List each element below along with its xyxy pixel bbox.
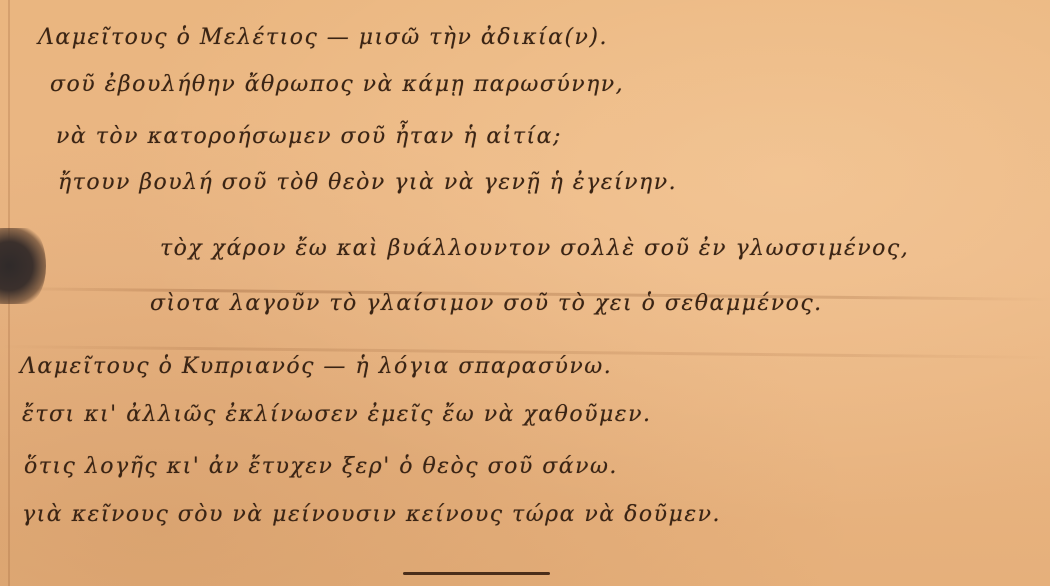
closing-rule-line — [403, 572, 550, 575]
manuscript-line-2: σοῦ ἐβουλήθην ἄθρωπος νὰ κάμῃ παρωσύνην, — [50, 72, 624, 97]
manuscript-line-1: Λαμεῖτους ὁ Μελέτιος — μισῶ τὴν ἀδικία(ν… — [38, 25, 608, 50]
manuscript-line-9: ὅτις λογῆς κι' ἀν ἔτυχεν ξερ' ὁ θεὸς σοῦ… — [24, 454, 618, 479]
manuscript-line-4: ἤτουν βουλή σοῦ τὸθ θεὸν γιὰ νὰ γενῇ ἡ ἐ… — [58, 170, 677, 195]
manuscript-line-5: τὸχ χάρον ἔω καὶ βυάλλουντον σολλὲ σοῦ ἐ… — [160, 236, 909, 261]
manuscript-line-10: γιὰ κεῖνους σὸυ νὰ μείνουσιν κείνους τώρ… — [22, 502, 721, 527]
burn-mark — [0, 228, 46, 304]
manuscript-line-3: νὰ τὸν κατοροήσωμεν σοῦ ἦταν ἡ αἰτία; — [56, 124, 562, 149]
manuscript-line-8: ἔτσι κι' ἀλλιῶς ἐκλίνωσεν ἐμεῖς ἔω νὰ χα… — [22, 402, 651, 427]
manuscript-line-6: σὶοτα λαγοῦν τὸ γλαίσιμον σοῦ τὸ χει ὁ σ… — [150, 291, 823, 316]
manuscript-line-7: Λαμεῖτους ὁ Κυπριανός — ἡ λόγια σπαρασύν… — [20, 354, 612, 379]
